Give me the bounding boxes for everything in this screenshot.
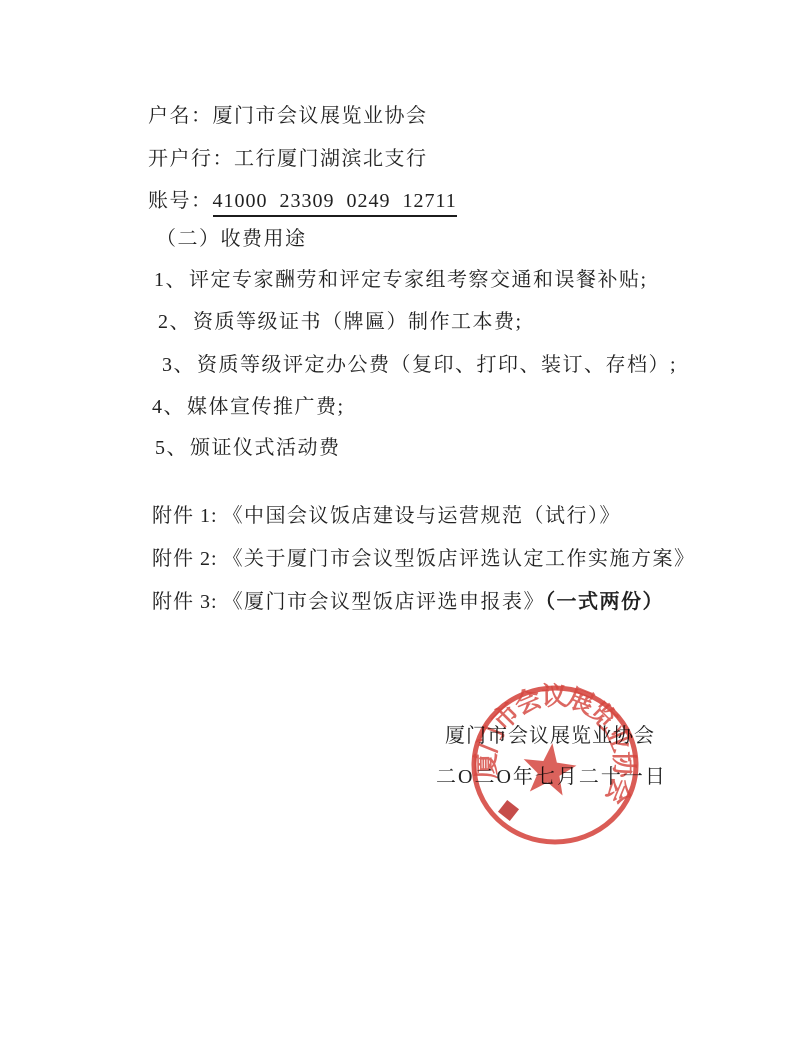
signature-date: 二O二O年七月二十一日: [436, 767, 667, 787]
attachment-3: 附件 3:《厦门市会议型饭店评选申报表》（一式两份）: [152, 592, 664, 612]
official-seal-stamp: 厦门市会议展览业协会: [453, 663, 657, 867]
fee-item-5: 5、颁证仪式活动费: [155, 438, 341, 458]
attachment-2-title: 《关于厦门市会议型饭店评选认定工作实施方案》: [223, 548, 696, 570]
fee-item-3: 3、资质等级评定办公费（复印、打印、装订、存档）;: [162, 355, 677, 375]
fee-item-4-number: 4、: [152, 396, 185, 418]
attachment-3-title: 《厦门市会议型饭店评选申报表》: [223, 591, 546, 613]
fee-item-2: 2、资质等级证书（牌匾）制作工本费;: [158, 312, 523, 332]
account-holder-value: 厦门市会议展览业协会: [213, 105, 428, 127]
signature-organization: 厦门市会议展览业协会: [445, 726, 655, 746]
fee-item-3-number: 3、: [162, 354, 195, 376]
attachment-3-suffix: （一式两份）: [545, 591, 664, 613]
bank-branch-line: 开户行：工行厦门湖滨北支行: [148, 149, 428, 169]
account-holder-label: 户名：: [148, 105, 213, 127]
bank-branch-value: 工行厦门湖滨北支行: [234, 148, 428, 170]
fee-item-4-text: 媒体宣传推广费;: [187, 396, 345, 418]
fee-item-4: 4、媒体宣传推广费;: [152, 397, 345, 417]
attachment-2: 附件 2:《关于厦门市会议型饭店评选认定工作实施方案》: [152, 549, 696, 569]
account-number-line: 账号：41000 23309 0249 12711: [148, 191, 457, 211]
seal-ink-blot: [498, 800, 519, 821]
fee-item-3-text: 资质等级评定办公费（复印、打印、装订、存档）;: [197, 354, 677, 376]
fee-item-1-text: 评定专家酬劳和评定专家组考察交通和误餐补贴;: [189, 269, 648, 291]
seal-graphic: 厦门市会议展览业协会: [453, 663, 657, 867]
document-page: 户名：厦门市会议展览业协会 开户行：工行厦门湖滨北支行 账号：41000 233…: [0, 0, 800, 1046]
fee-item-1: 1、评定专家酬劳和评定专家组考察交通和误餐补贴;: [154, 270, 648, 290]
account-number-label: 账号：: [148, 190, 213, 212]
fee-item-5-number: 5、: [155, 437, 188, 459]
fee-section-heading: （二）收费用途: [156, 229, 307, 249]
attachment-3-label: 附件 3:: [152, 591, 218, 613]
fee-item-2-number: 2、: [158, 311, 191, 333]
seal-ring: [474, 688, 636, 842]
fee-item-2-text: 资质等级证书（牌匾）制作工本费;: [193, 311, 523, 333]
attachment-1-label: 附件 1:: [152, 505, 218, 527]
attachment-1: 附件 1:《中国会议饭店建设与运营规范（试行）》: [152, 506, 621, 526]
account-holder-line: 户名：厦门市会议展览业协会: [148, 106, 428, 126]
bank-branch-label: 开户行：: [148, 148, 234, 170]
attachment-1-title: 《中国会议饭店建设与运营规范（试行）》: [223, 505, 622, 527]
attachment-2-label: 附件 2:: [152, 548, 218, 570]
fee-item-5-text: 颁证仪式活动费: [190, 437, 341, 459]
fee-item-1-number: 1、: [154, 269, 187, 291]
account-number-value: 41000 23309 0249 12711: [213, 190, 457, 217]
